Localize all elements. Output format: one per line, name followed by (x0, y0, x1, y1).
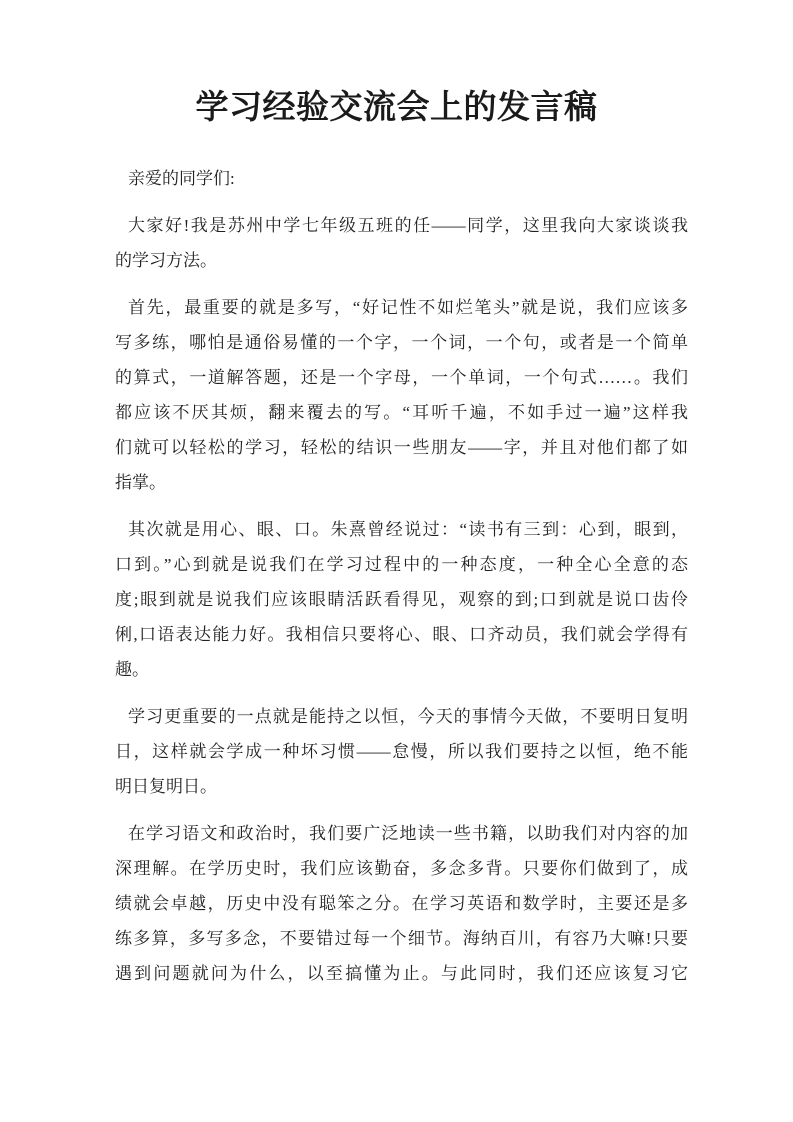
text-line: 深理解。在学历史时，我们应该勤奋，多念多背。只要你们做到了，成 (115, 851, 688, 886)
text-line: 大家好!我是苏州中学七年级五班的任——同学，这里我向大家谈谈我 (115, 208, 688, 243)
text-line: 度;眼到就是说我们应该眼睛活跃看得见，观察的到;口到就是说口齿伶 (115, 582, 688, 617)
paragraph: 学习更重要的一点就是能持之以恒，今天的事情今天做，不要明日复明日，这样就会学成一… (115, 699, 688, 804)
paragraph: 大家好!我是苏州中学七年级五班的任——同学，这里我向大家谈谈我的学习方法。 (115, 208, 688, 278)
paragraph: 首先，最重要的就是多写，“好记性不如烂笔头”就是说，我们应该多写多练，哪怕是通俗… (115, 290, 688, 500)
paragraph: 亲爱的同学们: (115, 161, 688, 196)
text-line: 其次就是用心、眼、口。朱熹曾经说过：“读书有三到：心到，眼到， (115, 512, 688, 547)
document-title: 学习经验交流会上的发言稿 (0, 86, 793, 130)
text-line: 们就可以轻松的学习，轻松的结识一些朋友——字，并且对他们都了如 (115, 430, 688, 465)
paragraph: 在学习语文和政治时，我们要广泛地读一些书籍，以助我们对内容的加深理解。在学历史时… (115, 816, 688, 991)
paragraph: 其次就是用心、眼、口。朱熹曾经说过：“读书有三到：心到，眼到，口到。”心到就是说… (115, 512, 688, 687)
text-line: 遇到问题就问为什么，以至搞懂为止。与此同时，我们还应该复习它 (115, 956, 688, 991)
text-line: 在学习语文和政治时，我们要广泛地读一些书籍，以助我们对内容的加 (115, 816, 688, 851)
text-line: 趣。 (115, 652, 688, 687)
text-line: 绩就会卓越，历史中没有聪笨之分。在学习英语和数学时，主要还是多 (115, 886, 688, 921)
document-page: 学习经验交流会上的发言稿 亲爱的同学们:大家好!我是苏州中学七年级五班的任——同… (0, 0, 793, 1122)
text-line: 首先，最重要的就是多写，“好记性不如烂笔头”就是说，我们应该多 (115, 290, 688, 325)
text-line: 指掌。 (115, 465, 688, 500)
text-line: 写多练，哪怕是通俗易懂的一个字，一个词，一个句，或者是一个简单 (115, 325, 688, 360)
text-line: 都应该不厌其烦，翻来覆去的写。“耳听千遍，不如手过一遍”这样我 (115, 395, 688, 430)
text-line: 练多算，多写多念，不要错过每一个细节。海纳百川，有容乃大嘛!只要 (115, 921, 688, 956)
document-body: 亲爱的同学们:大家好!我是苏州中学七年级五班的任——同学，这里我向大家谈谈我的学… (115, 161, 688, 1003)
text-line: 明日复明日。 (115, 769, 688, 804)
text-line: 的学习方法。 (115, 243, 688, 278)
text-line: 口到。”心到就是说我们在学习过程中的一种态度，一种全心全意的态 (115, 547, 688, 582)
text-line: 学习更重要的一点就是能持之以恒，今天的事情今天做，不要明日复明 (115, 699, 688, 734)
text-line: 俐,口语表达能力好。我相信只要将心、眼、口齐动员，我们就会学得有 (115, 617, 688, 652)
text-line: 亲爱的同学们: (115, 161, 688, 196)
text-line: 的算式，一道解答题，还是一个字母，一个单词，一个句式……。我们 (115, 360, 688, 395)
text-line: 日，这样就会学成一种坏习惯——怠慢，所以我们要持之以恒，绝不能 (115, 734, 688, 769)
